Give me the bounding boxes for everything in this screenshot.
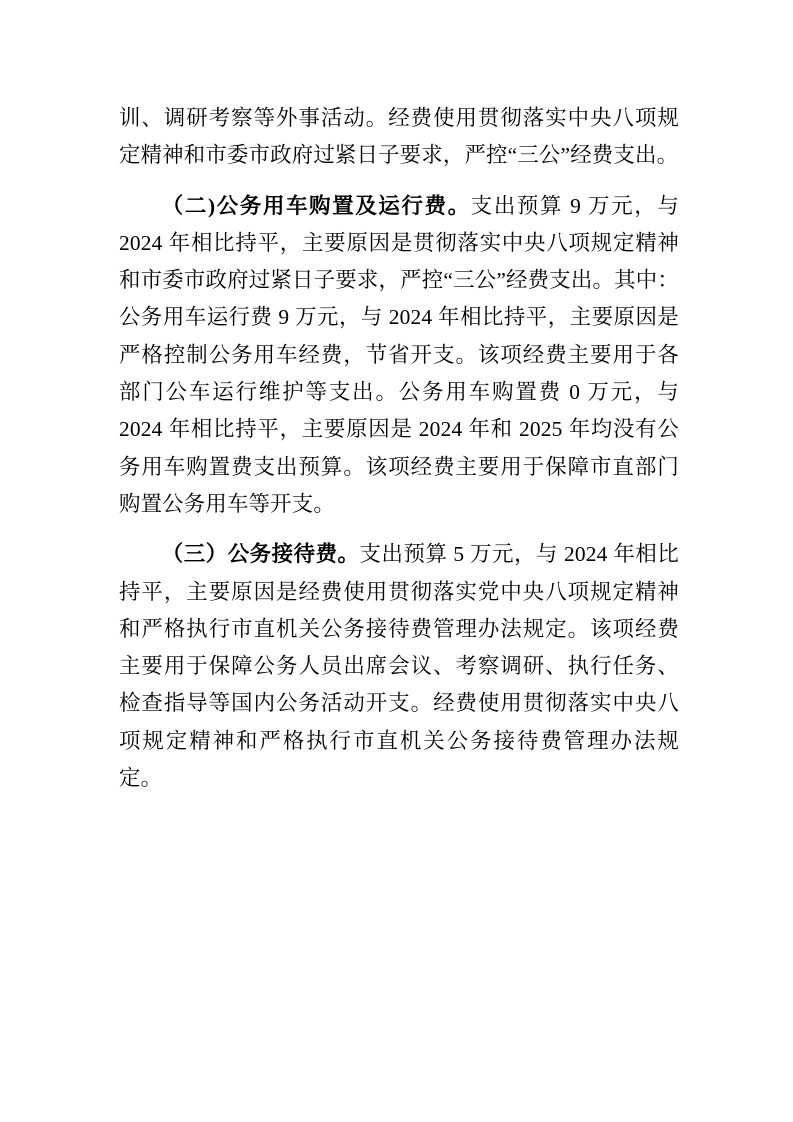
- paragraph-continuation-tail: 训、调研考察等外事活动。经费使用贯彻落实中央八项规定精神和市委市政府过紧日子要求…: [119, 100, 679, 175]
- document-page: 训、调研考察等外事活动。经费使用贯彻落实中央八项规定精神和市委市政府过紧日子要求…: [0, 0, 793, 1122]
- document-body: 训、调研考察等外事活动。经费使用贯彻落实中央八项规定精神和市委市政府过紧日子要求…: [119, 100, 679, 797]
- paragraph-official-vehicle-expense: （二)公务用车购置及运行费。支出预算 9 万元，与 2024 年相比持平，主要原…: [119, 188, 679, 524]
- text-run-bold: （二)公务用车购置及运行费。: [162, 194, 471, 218]
- text-run-bold: （三）公务接待费。: [162, 542, 360, 566]
- text-run: 训、调研考察等外事活动。经费使用贯彻落实中央八项规定精神和市委市政府过紧日子要求…: [119, 106, 679, 167]
- paragraph-official-reception-expense: （三）公务接待费。支出预算 5 万元，与 2024 年相比持平，主要原因是经费使…: [119, 536, 679, 797]
- text-run: 支出预算 5 万元，与 2024 年相比持平，主要原因是经费使用贯彻落实党中央八…: [119, 542, 679, 790]
- text-run: 支出预算 9 万元，与 2024 年相比持平，主要原因是贯彻落实中央八项规定精神…: [119, 194, 679, 516]
